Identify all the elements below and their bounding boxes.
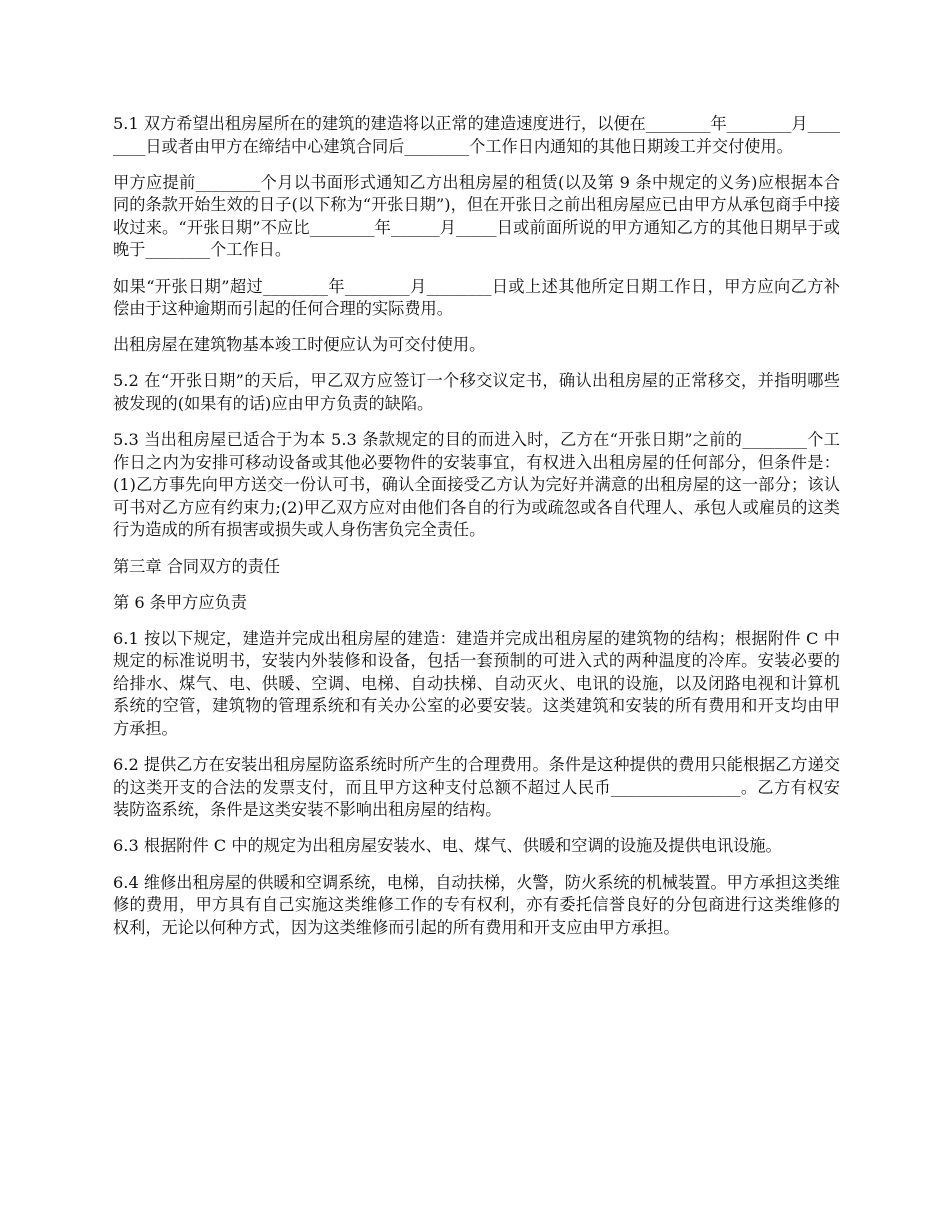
clause-5-1-delay-compensation: 如果“开张日期”超过________年________月________日或上述… bbox=[113, 276, 840, 321]
clause-5-1-delivery: 出租房屋在建筑物基本竣工时便应认为可交付使用。 bbox=[113, 334, 840, 357]
clause-5-2: 5.2 在“开张日期”的天后，甲乙双方应签订一个移交议定书，确认出租房屋的正常移… bbox=[113, 370, 840, 415]
article-6-heading: 第 6 条甲方应负责 bbox=[113, 592, 840, 615]
clause-5-1: 5.1 双方希望出租房屋所在的建筑的建造将以正常的建造速度进行，以便在_____… bbox=[113, 113, 840, 158]
clause-6-3: 6.3 根据附件 C 中的规定为出租房屋安装水、电、煤气、供暖和空调的设施及提供… bbox=[113, 835, 840, 858]
clause-6-2: 6.2 提供乙方在安装出租房屋防盗系统时所产生的合理费用。条件是这种提供的费用只… bbox=[113, 754, 840, 822]
document-page: 5.1 双方希望出租房屋所在的建筑的建造将以正常的建造速度进行，以便在_____… bbox=[113, 113, 840, 953]
chapter-3-heading: 第三章 合同双方的责任 bbox=[113, 556, 840, 579]
clause-6-1: 6.1 按以下规定，建造并完成出租房屋的建造：建造并完成出租房屋的建筑物的结构；… bbox=[113, 628, 840, 741]
clause-5-1-notice: 甲方应提前________个月以书面形式通知乙方出租房屋的租赁(以及第 9 条中… bbox=[113, 172, 840, 262]
clause-5-3: 5.3 当出租房屋已适合于为本 5.3 条款规定的目的而进入时，乙方在“开张日期… bbox=[113, 429, 840, 542]
clause-6-4: 6.4 维修出租房屋的供暖和空调系统，电梯，自动扶梯，火警，防火系统的机械装置。… bbox=[113, 872, 840, 940]
